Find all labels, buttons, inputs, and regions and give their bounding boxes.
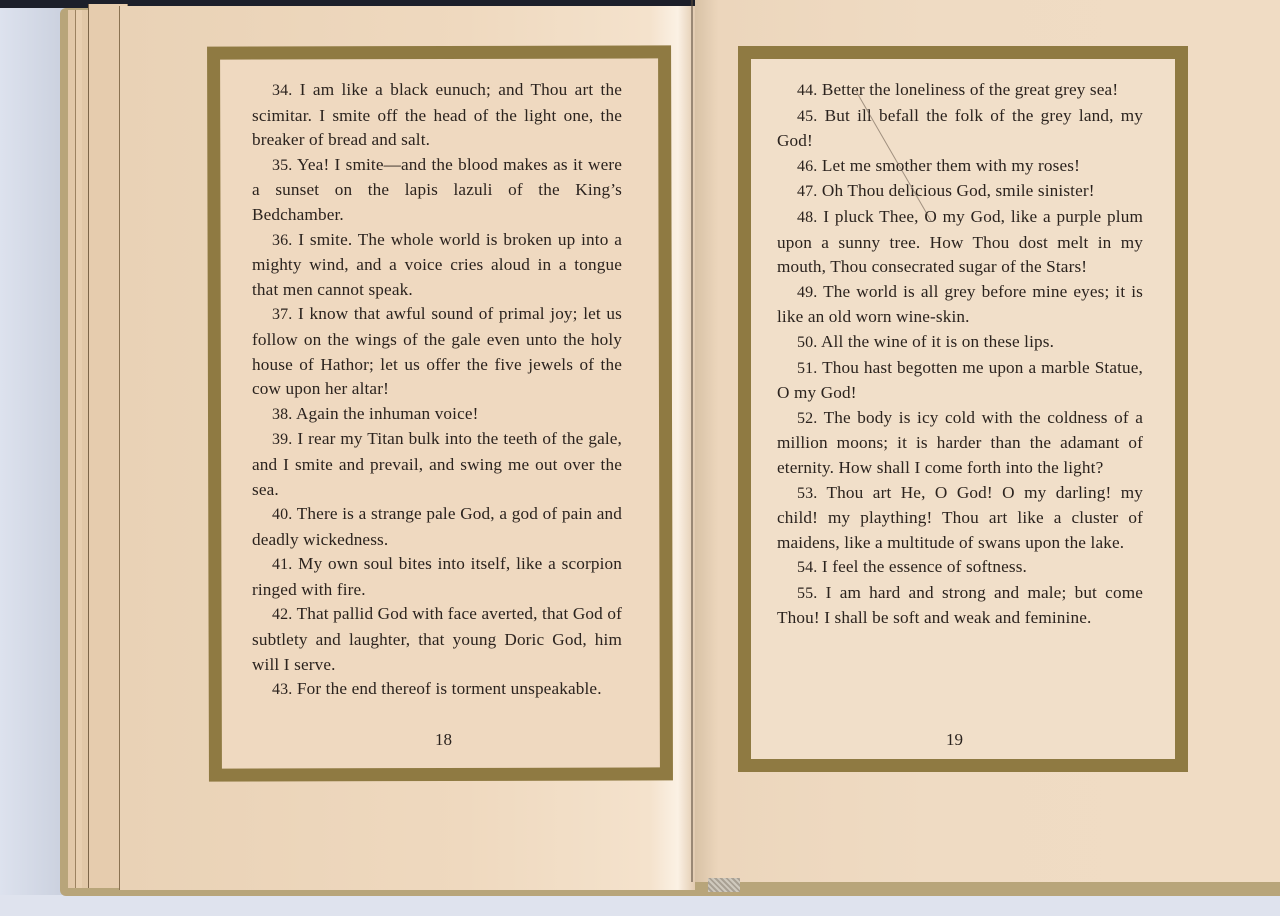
verse-41: 41. My own soul bites into itself, like … — [252, 552, 622, 602]
verse-36: 36. I smite. The whole world is broken u… — [252, 228, 622, 303]
page-number-right: 19 — [946, 730, 963, 750]
verse-37: 37. I know that awful sound of primal jo… — [252, 302, 622, 401]
verse-55: 55. I am hard and strong and male; but c… — [777, 581, 1143, 631]
verse-34: 34. I am like a black eunuch; and Thou a… — [252, 78, 622, 153]
verse-40: 40. There is a strange pale God, a god o… — [252, 502, 622, 552]
verse-42: 42. That pallid God with face averted, t… — [252, 602, 622, 677]
verse-39: 39. I rear my Titan bulk into the teeth … — [252, 427, 622, 502]
verse-48: 48. I pluck Thee, O my God, like a purpl… — [777, 205, 1143, 280]
verse-47: 47. Oh Thou delicious God, smile siniste… — [777, 179, 1143, 205]
book-gutter — [691, 0, 693, 882]
binding-tape — [708, 878, 740, 892]
verse-43: 43. For the end thereof is torment unspe… — [252, 677, 622, 703]
page-number-left: 18 — [435, 730, 452, 750]
verse-44: 44. Better the loneliness of the great g… — [777, 78, 1143, 104]
verse-54: 54. I feel the essence of softness. — [777, 555, 1143, 581]
verse-53: 53. Thou art He, O God! O my darling! my… — [777, 481, 1143, 556]
verse-46: 46. Let me smother them with my roses! — [777, 154, 1143, 180]
scanner-background-bottom — [0, 895, 1280, 916]
verse-38: 38. Again the inhuman voice! — [252, 402, 622, 428]
verse-49: 49. The world is all grey before mine ey… — [777, 280, 1143, 330]
left-page-text: 34. I am like a black eunuch; and Thou a… — [252, 78, 622, 703]
verse-45: 45. But ill befall the folk of the grey … — [777, 104, 1143, 154]
verse-50: 50. All the wine of it is on these lips. — [777, 330, 1143, 356]
verse-35: 35. Yea! I smite—and the blood makes as … — [252, 153, 622, 228]
verse-52: 52. The body is icy cold with the coldne… — [777, 406, 1143, 481]
right-page-text: 44. Better the loneliness of the great g… — [777, 78, 1143, 631]
verse-51: 51. Thou hast begotten me upon a marble … — [777, 356, 1143, 406]
